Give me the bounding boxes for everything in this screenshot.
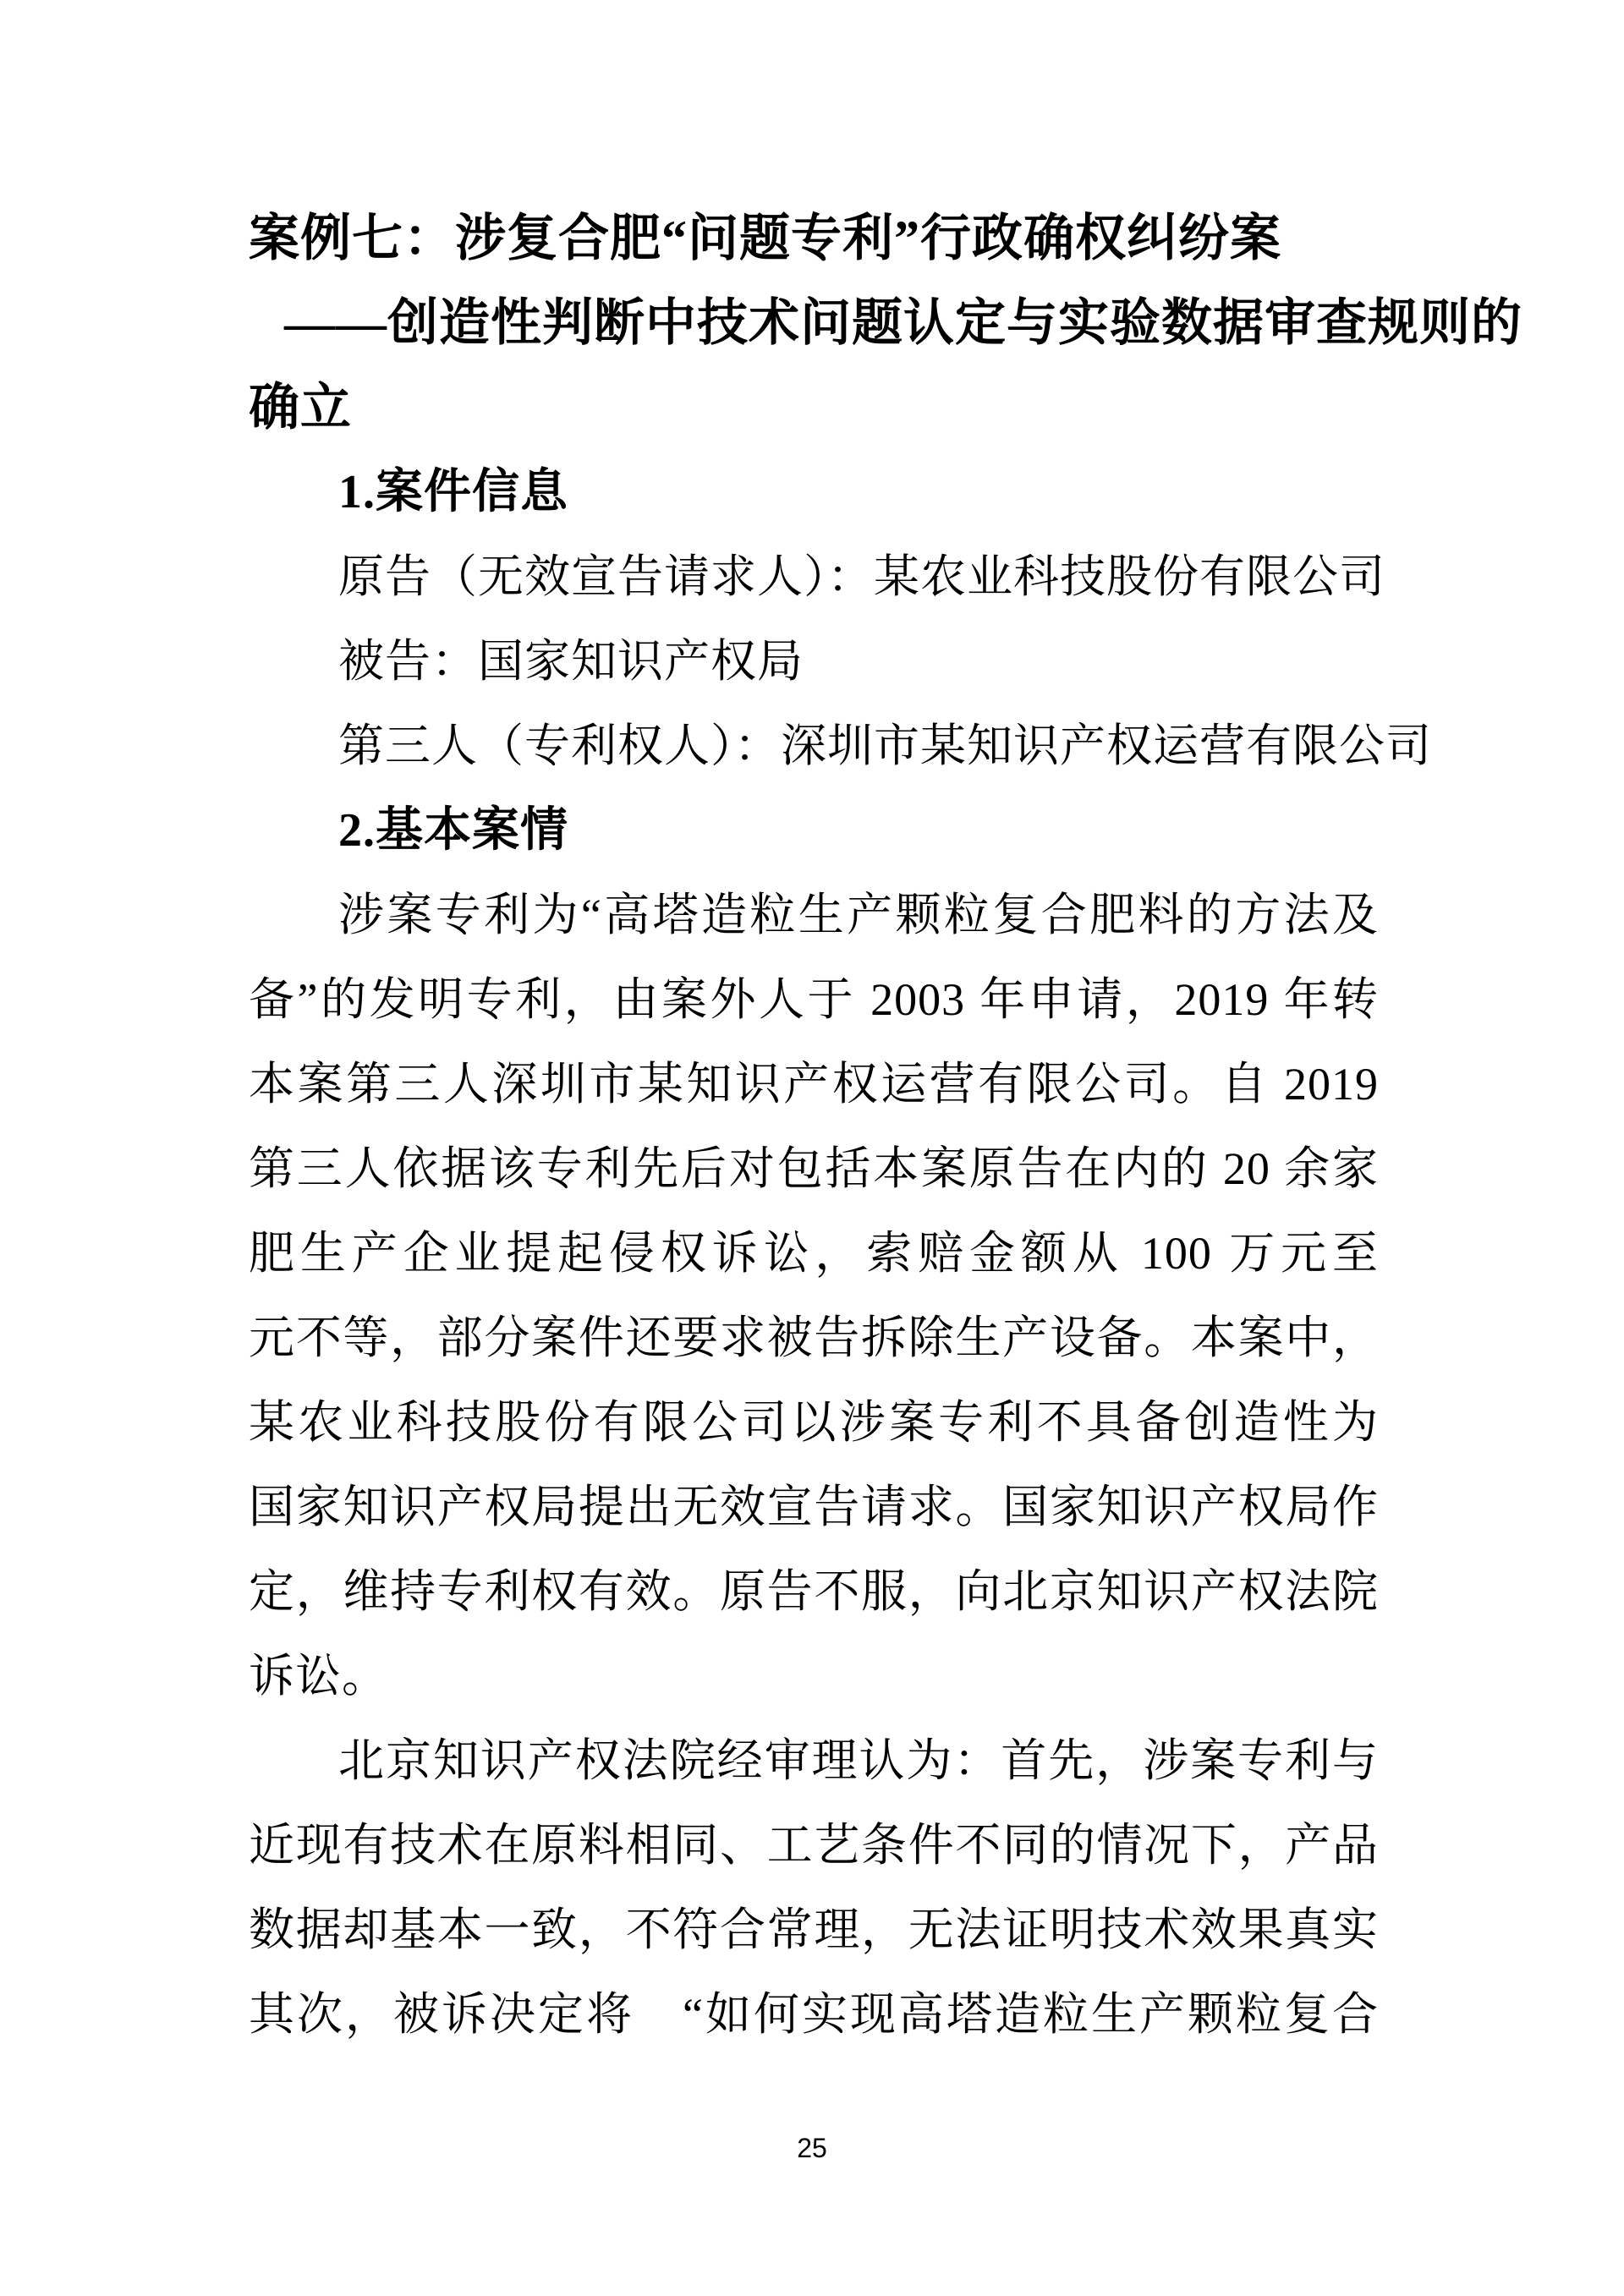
para1-line-7: 某农业科技股份有限公司以涉案专利不具备创造性为由，向 — [249, 1380, 1379, 1465]
para1-line-3: 本案第三人深圳市某知识产权运营有限公司。自 2019 年起， — [249, 1042, 1379, 1126]
para2-line-1: 北京知识产权法院经审理认为：首先，涉案专利与最接 — [249, 1718, 1379, 1803]
third-party-line: 第三人（专利权人）：深圳市某知识产权运营有限公司 — [249, 704, 1379, 788]
para2-line-4: 其次，被诉决定将 “如何实现高塔造粒生产颗粒复合肥料” — [249, 1972, 1379, 2057]
case-subtitle-line-1: ——创造性判断中技术问题认定与实验数据审查规则的 — [249, 281, 1379, 365]
para1-line-5: 肥生产企业提起侵权诉讼，索赔金额从 100 万元至 2000 万 — [249, 1211, 1379, 1296]
page-number: 25 — [0, 2124, 1624, 2172]
para1-line-1: 涉案专利为“高塔造粒生产颗粒复合肥料的方法及设 — [249, 873, 1379, 957]
para2-line-3: 数据却基本一致，不符合常理，无法证明技术效果真实有效。 — [249, 1888, 1379, 1972]
defendant-line: 被告：国家知识产权局 — [249, 619, 1379, 704]
section-1-heading: 1.案件信息 — [249, 450, 1379, 534]
para1-line-9: 定，维持专利权有效。原告不服，向北京知识产权法院提起 — [249, 1549, 1379, 1634]
section-2-heading: 2.基本案情 — [249, 788, 1379, 873]
para1-line-2: 备”的发明专利，由案外人于 2003 年申请，2019 年转让给 — [249, 957, 1379, 1042]
para2-line-2: 近现有技术在原料相同、工艺条件不同的情况下，产品性能 — [249, 1803, 1379, 1888]
case-subtitle-line-2: 确立 — [249, 365, 1379, 450]
para1-line-10: 诉讼。 — [249, 1634, 1379, 1718]
document-content: 案例七：涉复合肥“问题专利”行政确权纠纷案 ——创造性判断中技术问题认定与实验数… — [249, 196, 1379, 2057]
para1-line-8: 国家知识产权局提出无效宣告请求。国家知识产权局作出决 — [249, 1465, 1379, 1549]
plaintiff-line: 原告（无效宣告请求人）：某农业科技股份有限公司 — [249, 534, 1379, 619]
para1-line-4: 第三人依据该专利先后对包括本案原告在内的 20 余家复合 — [249, 1126, 1379, 1211]
document-page: 案例七：涉复合肥“问题专利”行政确权纠纷案 ——创造性判断中技术问题认定与实验数… — [0, 0, 1624, 2296]
case-title-line-1: 案例七：涉复合肥“问题专利”行政确权纠纷案 — [249, 196, 1379, 281]
para1-line-6: 元不等，部分案件还要求被告拆除生产设备。本案中，原告 — [249, 1296, 1379, 1380]
